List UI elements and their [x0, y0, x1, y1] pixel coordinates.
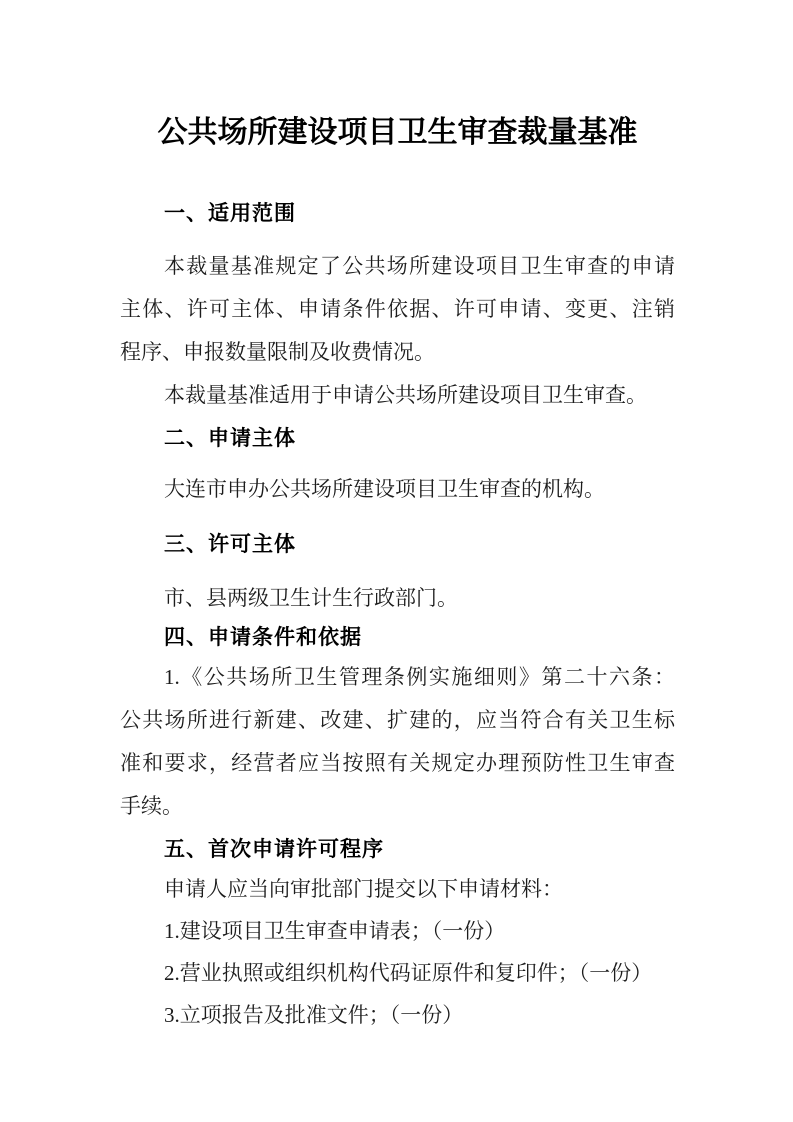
paragraph-line: 1.《公共场所卫生管理条例实施细则》第二十六条： — [120, 656, 675, 699]
list-item: 3.立项报告及批准文件；（一份） — [120, 994, 675, 1037]
paragraph-line: 2.营业执照或组织机构代码证原件和复印件；（一份） — [120, 952, 675, 995]
paragraph: 1.《公共场所卫生管理条例实施细则》第二十六条： 公共场所进行新建、改建、扩建的… — [120, 656, 675, 828]
paragraph-line: 3.立项报告及批准文件；（一份） — [120, 994, 675, 1037]
list-item: 1.建设项目卫生审查申请表；（一份） — [120, 910, 675, 953]
section-heading-2: 二、申请主体 — [120, 417, 675, 460]
section-heading-1: 一、适用范围 — [120, 192, 675, 235]
paragraph: 市、县两级卫生计生行政部门。 — [120, 577, 675, 620]
paragraph-line: 手续。 — [120, 785, 675, 828]
paragraph: 大连市申办公共场所建设项目卫生审查的机构。 — [120, 468, 675, 511]
paragraph: 本裁量基准适用于申请公共场所建设项目卫生审查。 — [120, 374, 675, 417]
paragraph-line: 准和要求，经营者应当按照有关规定办理预防性卫生审查 — [120, 742, 675, 785]
section-heading-3: 三、许可主体 — [120, 523, 675, 566]
document-page: 公共场所建设项目卫生审查裁量基准 一、适用范围 本裁量基准规定了公共场所建设项目… — [0, 0, 793, 1122]
section-heading-4: 四、申请条件和依据 — [120, 616, 675, 659]
paragraph-line: 大连市申办公共场所建设项目卫生审查的机构。 — [120, 468, 675, 511]
paragraph-line: 程序、申报数量限制及收费情况。 — [120, 331, 675, 374]
section-heading-5: 五、首次申请许可程序 — [120, 828, 675, 871]
paragraph-line: 1.建设项目卫生审查申请表；（一份） — [120, 910, 675, 953]
document-title: 公共场所建设项目卫生审查裁量基准 — [120, 110, 675, 156]
paragraph: 本裁量基准规定了公共场所建设项目卫生审查的申请 主体、许可主体、申请条件依据、许… — [120, 245, 675, 374]
list-item: 2.营业执照或组织机构代码证原件和复印件；（一份） — [120, 952, 675, 995]
document-content: 公共场所建设项目卫生审查裁量基准 一、适用范围 本裁量基准规定了公共场所建设项目… — [120, 110, 675, 1037]
paragraph-line: 市、县两级卫生计生行政部门。 — [120, 577, 675, 620]
paragraph-line: 公共场所进行新建、改建、扩建的，应当符合有关卫生标 — [120, 699, 675, 742]
paragraph: 申请人应当向审批部门提交以下申请材料： — [120, 868, 675, 911]
paragraph-line: 本裁量基准适用于申请公共场所建设项目卫生审查。 — [120, 374, 675, 417]
paragraph-line: 本裁量基准规定了公共场所建设项目卫生审查的申请 — [120, 245, 675, 288]
paragraph-line: 申请人应当向审批部门提交以下申请材料： — [120, 868, 675, 911]
paragraph-line: 主体、许可主体、申请条件依据、许可申请、变更、注销 — [120, 288, 675, 331]
